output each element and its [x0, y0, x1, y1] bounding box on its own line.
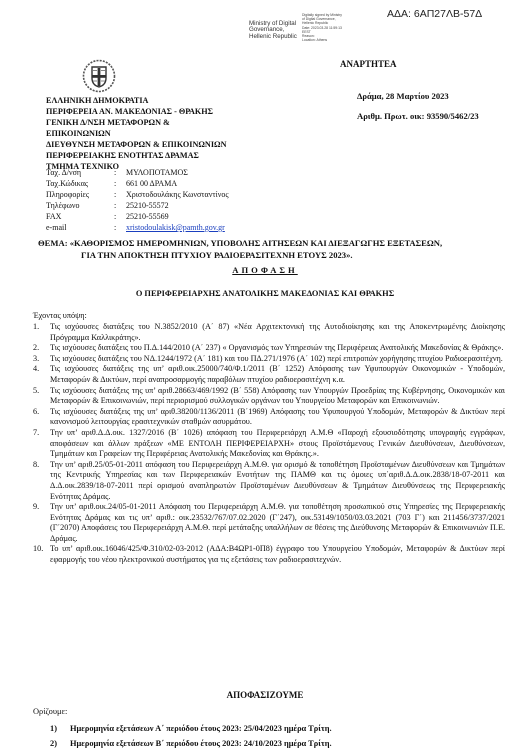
ada-code: ΑΔΑ: 6ΑΠ27ΛΒ-57Δ	[387, 8, 482, 20]
contact-row: FAX:25210-55569	[46, 211, 228, 222]
list-item: 7.Την υπ’ αριθ.Δ.Δ.οικ. 1327/2016 (Β΄ 10…	[33, 428, 505, 460]
contact-label: Ταχ.Κώδικας	[46, 178, 114, 189]
contact-label: Τηλέφωνο	[46, 200, 114, 211]
contact-row: e-mail:xristodoulakisk@pamth.gov.gr	[46, 222, 228, 233]
item-number: 6.	[33, 407, 50, 428]
considerations-list: 1.Τις ισχύουσες διατάξεις του Ν.3852/201…	[33, 322, 505, 566]
list-item: 4.Τις ισχύουσες διατάξεις της υπ’ αριθ.ο…	[33, 364, 505, 385]
item-text: Το υπ’ αριθ.οικ.16046/425/Φ.310/02-03-20…	[50, 544, 505, 565]
decision-text: Ημερομηνία εξετάσεων Α΄ περιόδου έτους 2…	[70, 721, 332, 736]
item-text: Τις ισχύουσες διατάξεις της υπ’ αριθ.οικ…	[50, 364, 505, 385]
item-number: 10.	[33, 544, 50, 565]
decision-number: 1)	[50, 721, 70, 736]
item-number: 4.	[33, 364, 50, 385]
decision-item: 1)Ημερομηνία εξετάσεων Α΄ περιόδου έτους…	[50, 721, 332, 736]
contact-label: Πληροφορίες	[46, 189, 114, 200]
posting-label: ΑΝΑΡΤΗΤΕΑ	[340, 59, 397, 69]
decision-item: 2)Ημερομηνία εξετάσεων Β΄ περιόδου έτους…	[50, 736, 332, 750]
item-number: 3.	[33, 354, 50, 365]
list-item: 8.Την υπ’ αριθ.25/05-01-2011 απόφαση του…	[33, 460, 505, 502]
contact-value: 661 00 ΔΡΑΜΑ	[126, 178, 177, 189]
issuing-authority: ΕΛΛΗΝΙΚΗ ΔΗΜΟΚΡΑΤΙΑ ΠΕΡΙΦΕΡΕΙΑ ΑΝ. ΜΑΚΕΔ…	[46, 95, 226, 172]
item-text: Τις ισχύουσες διατάξεις του ΝΔ.1244/1972…	[50, 354, 505, 365]
greek-coat-of-arms-icon	[82, 59, 116, 93]
item-number: 8.	[33, 460, 50, 502]
signature-detail-line: Location: Athens	[302, 38, 342, 42]
item-number: 5.	[33, 386, 50, 407]
email-link[interactable]: xristodoulakisk@pamth.gov.gr	[126, 222, 225, 233]
subject-line: ΓΙΑ ΤΗΝ ΑΠΟΚΤΗΣΗ ΠΤΥΧΙΟΥ ΡΑΔΙΟΕΡΑΣΙΤΕΧΝΗ…	[38, 250, 518, 262]
list-item: 9.Την υπ’ αριθ.οικ.24/05-01-2011 Απόφαση…	[33, 502, 505, 544]
item-number: 7.	[33, 428, 50, 460]
digital-signature-details: Digitally signed by Ministry of Digital …	[302, 13, 342, 42]
item-text: Την υπ’ αριθ.οικ.24/05-01-2011 Απόφαση τ…	[50, 502, 505, 544]
list-item: 2.Τις ισχύουσες διατάξεις του Π.Δ.144/20…	[33, 343, 505, 354]
contact-row: Ταχ. Δ/νση:ΜΥΛΟΠΟΤΑΜΟΣ	[46, 167, 228, 178]
list-item: 1.Τις ισχύουσες διατάξεις του Ν.3852/201…	[33, 322, 505, 343]
contact-value: 25210-55569	[126, 211, 169, 222]
contact-value: ΜΥΛΟΠΟΤΑΜΟΣ	[126, 167, 188, 178]
item-text: Τις ισχύουσες διατάξεις του Ν.3852/2010 …	[50, 322, 505, 343]
digital-signature-signer: Ministry of Digital Governance, Hellenic…	[249, 21, 297, 40]
list-item: 10.Το υπ’ αριθ.οικ.16046/425/Φ.310/02-03…	[33, 544, 505, 565]
authority-line: ΕΠΙΚΟΙΝΩΝΙΩΝ	[46, 128, 226, 139]
protocol-number: Αριθμ. Πρωτ. οικ: 93590/5462/23	[357, 111, 479, 121]
item-number: 2.	[33, 343, 50, 354]
contact-block: Ταχ. Δ/νση:ΜΥΛΟΠΟΤΑΜΟΣ Ταχ.Κώδικας:661 0…	[46, 167, 228, 233]
authority-line: ΠΕΡΙΦΕΡΕΙΑΚΗΣ ΕΝΟΤΗΤΑΣ ΔΡΑΜΑΣ	[46, 150, 226, 161]
item-text: Την υπ’ αριθ.25/05-01-2011 απόφαση του Π…	[50, 460, 505, 502]
contact-value: Χριστοδουλάκης Κωνσταντίνος	[126, 189, 228, 200]
contact-label: e-mail	[46, 222, 114, 233]
decision-number: 2)	[50, 736, 70, 750]
item-text: Τις ισχύουσες διατάξεις της υπ’ αριθ.286…	[50, 386, 505, 407]
contact-row: Πληροφορίες:Χριστοδουλάκης Κωνσταντίνος	[46, 189, 228, 200]
authority-line: ΓΕΝΙΚΗ Δ/ΝΣΗ ΜΕΤΑΦΟΡΩΝ &	[46, 117, 226, 128]
item-number: 1.	[33, 322, 50, 343]
item-text: Τις ισχύουσες διατάξεις της υπ’ αριθ.382…	[50, 407, 505, 428]
contact-label: Ταχ. Δ/νση	[46, 167, 114, 178]
authority-line: ΕΛΛΗΝΙΚΗ ΔΗΜΟΚΡΑΤΙΑ	[46, 95, 226, 106]
item-number: 9.	[33, 502, 50, 544]
list-item: 5.Τις ισχύουσες διατάξεις της υπ’ αριθ.2…	[33, 386, 505, 407]
subject: ΘΕΜΑ: «ΚΑΘΟΡΙΣΜΟΣ ΗΜΕΡΟΜΗΝΙΩΝ, ΥΠΟΒΟΛΗΣ …	[38, 238, 518, 261]
decision-heading: ΑΠΟΦΑΣΗ	[0, 265, 530, 275]
contact-label: FAX	[46, 211, 114, 222]
list-item: 6.Τις ισχύουσες διατάξεις της υπ’ αριθ.3…	[33, 407, 505, 428]
contact-row: Ταχ.Κώδικας:661 00 ΔΡΑΜΑ	[46, 178, 228, 189]
item-text: Την υπ’ αριθ.Δ.Δ.οικ. 1327/2016 (Β΄ 1026…	[50, 428, 505, 460]
authority-line: ΔΙΕΥΘΥΝΣΗ ΜΕΤΑΦΟΡΩΝ & ΕΠΙΚΟΙΝΩΝΙΩΝ	[46, 139, 226, 150]
decisions-list: 1)Ημερομηνία εξετάσεων Α΄ περιόδου έτους…	[50, 721, 332, 750]
list-item: 3.Τις ισχύουσες διατάξεις του ΝΔ.1244/19…	[33, 354, 505, 365]
decision-text: Ημερομηνία εξετάσεων Β΄ περιόδου έτους 2…	[70, 736, 332, 750]
subject-line: ΘΕΜΑ: «ΚΑΘΟΡΙΣΜΟΣ ΗΜΕΡΟΜΗΝΙΩΝ, ΥΠΟΒΟΛΗΣ …	[38, 238, 518, 250]
considering-label: Έχοντας υπόψη:	[33, 311, 87, 320]
we-set-label: Ορίζουμε:	[33, 707, 67, 716]
issuer-heading: Ο ΠΕΡΙΦΕΡΕΙΑΡΧΗΣ ΑΝΑΤΟΛΙΚΗΣ ΜΑΚΕΔΟΝΙΑΣ Κ…	[0, 289, 530, 298]
document-date: Δράμα, 28 Μαρτίου 2023	[357, 91, 449, 101]
signer-line: Hellenic Republic	[249, 34, 297, 40]
authority-line: ΠΕΡΙΦΕΡΕΙΑ ΑΝ. ΜΑΚΕΔΟΝΙΑΣ - ΘΡΑΚΗΣ	[46, 106, 226, 117]
item-text: Τις ισχύουσες διατάξεις του Π.Δ.144/2010…	[50, 343, 505, 354]
contact-row: Τηλέφωνο:25210-55572	[46, 200, 228, 211]
contact-value: 25210-55572	[126, 200, 169, 211]
we-decide-heading: ΑΠΟΦΑΣΙΖΟΥΜΕ	[0, 690, 530, 700]
